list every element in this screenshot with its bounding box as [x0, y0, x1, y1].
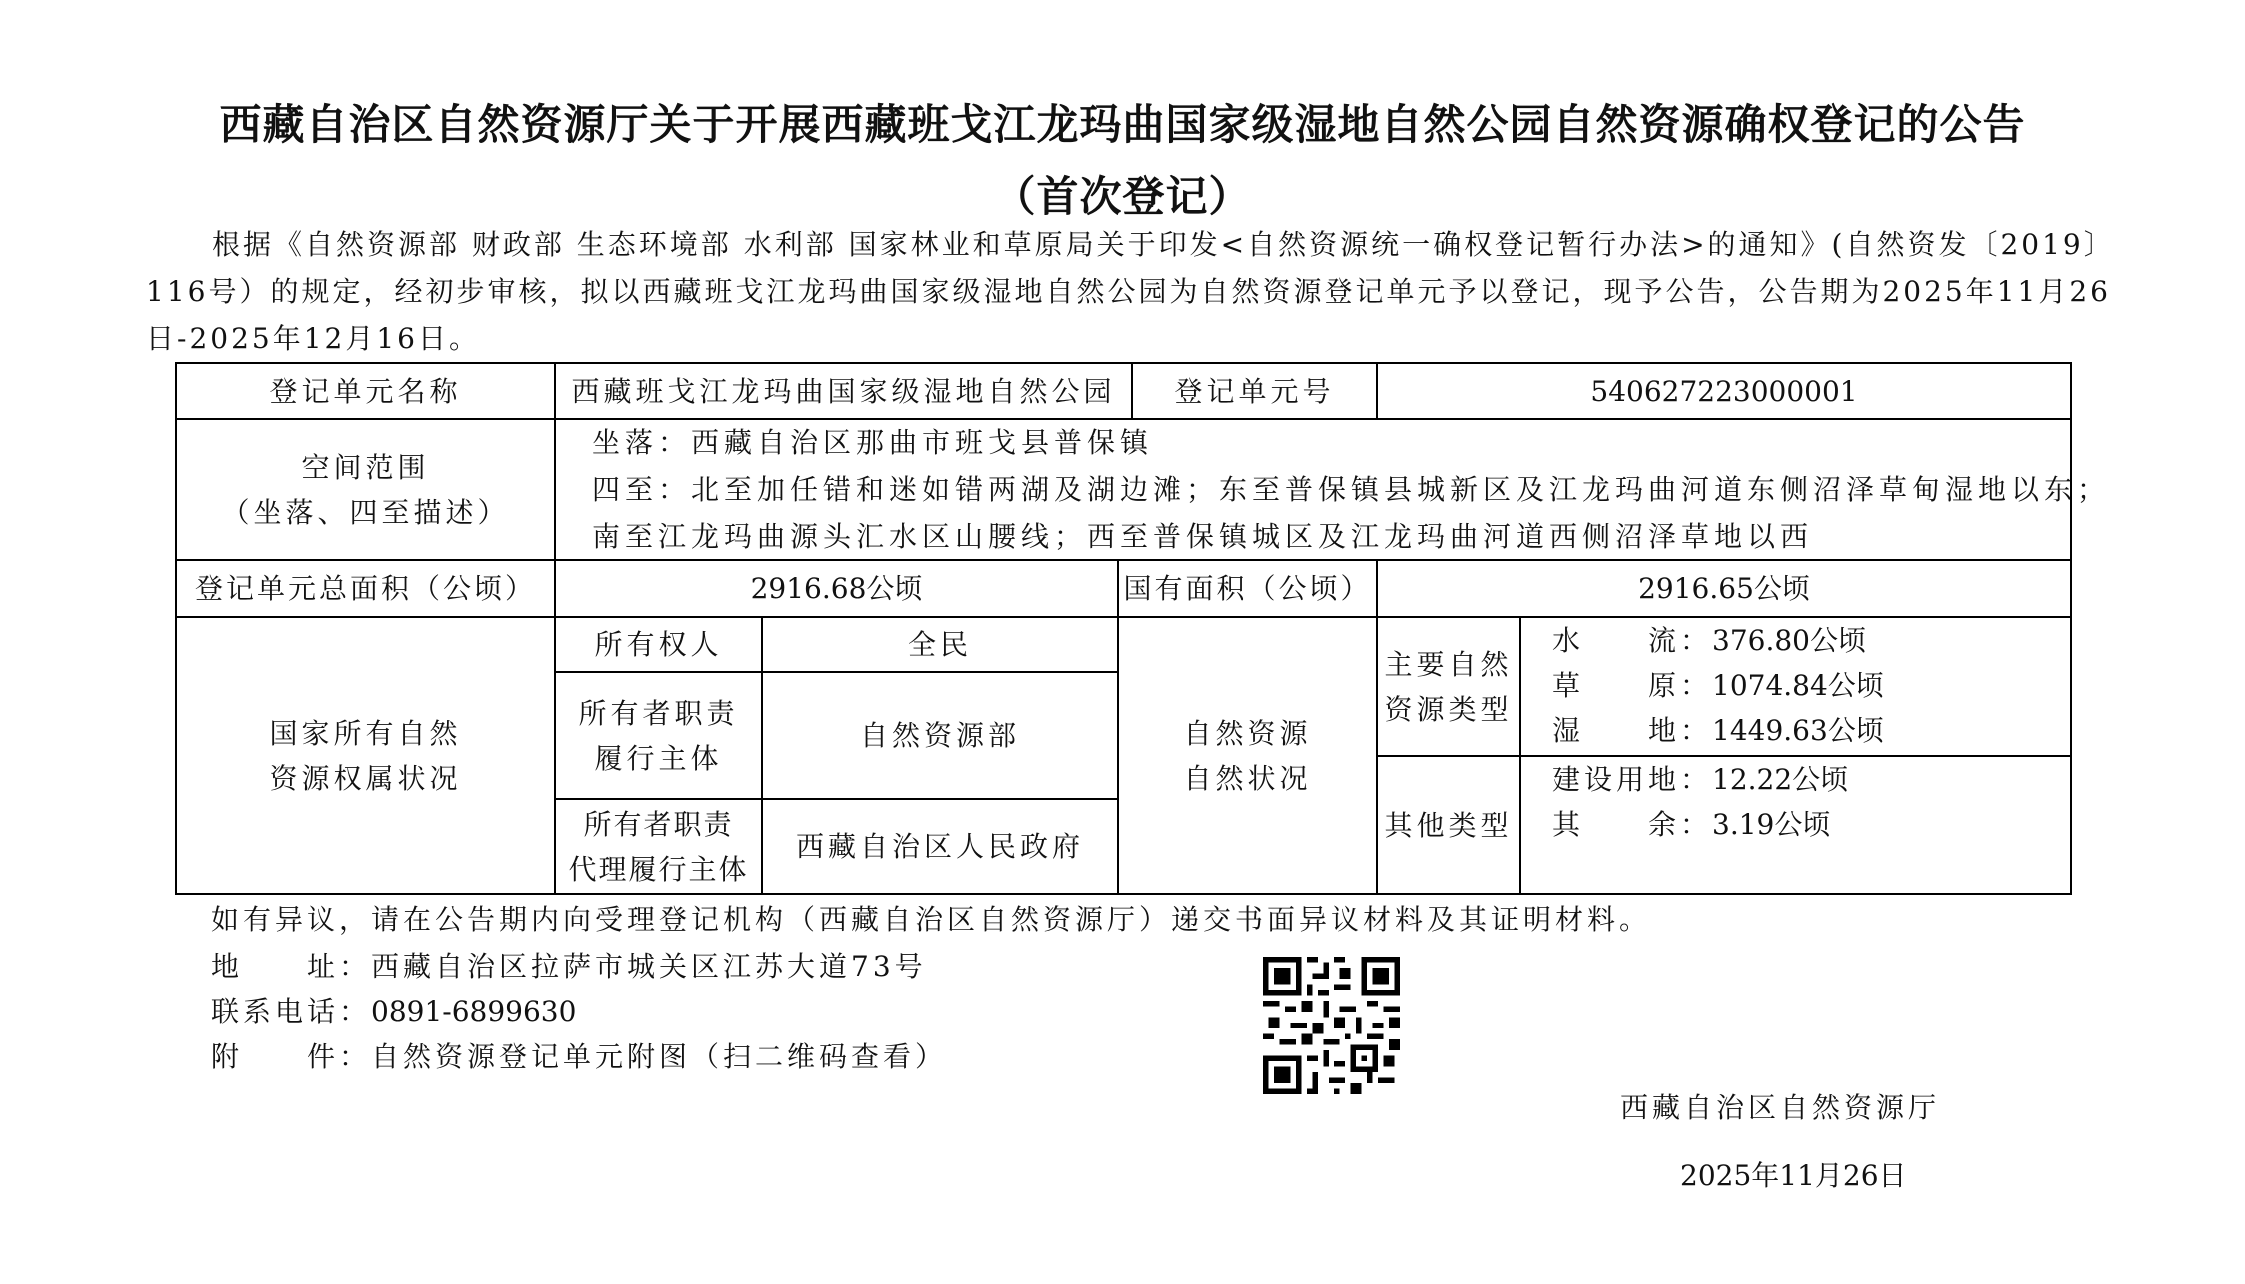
other-type-name: 其 余： [1552, 808, 1712, 841]
ownership-label-line-1: 国家所有自然 [269, 711, 461, 756]
other-type-value: 12.22公顷 [1712, 763, 1848, 796]
total-area-label: 登记单元总面积（公顷） [177, 561, 554, 616]
address-value: 西藏自治区拉萨市城关区江苏大道73号 [371, 950, 927, 983]
duty-value: 自然资源部 [763, 673, 1117, 798]
main-type-name: 湿 地： [1552, 714, 1712, 747]
scope-boundary-2: 南至江龙玛曲源头汇水区山腰线；西至普保镇城区及江龙玛曲河道西侧沼泽草地以西 [592, 513, 1813, 560]
main-type-value: 376.80公顷 [1712, 624, 1866, 657]
other-type-label: 其他类型 [1378, 757, 1519, 893]
main-type-name: 草 原： [1552, 669, 1712, 702]
attachment-label: 附 件： [211, 1040, 371, 1073]
qr-code-icon [1263, 957, 1400, 1094]
duty-label-line-2: 履行主体 [594, 736, 722, 781]
main-type-label-line-2: 资源类型 [1384, 687, 1512, 732]
other-type-name: 建设用地： [1552, 763, 1712, 796]
agent-label: 所有者职责 代理履行主体 [556, 800, 761, 893]
main-type-list: 水 流：376.80公顷 草 原：1074.84公顷 湿 地：1449.63公顷 [1552, 618, 2070, 755]
issue-date: 2025年11月26日 [1680, 1154, 1907, 1194]
table-col-divider [1519, 616, 1521, 895]
nature-label-line-2: 自然状况 [1183, 756, 1311, 801]
main-type-water: 水 流：376.80公顷 [1552, 618, 1866, 663]
table-border-bottom [175, 893, 2072, 895]
phone-line: 联系电话：0891-6899630 [211, 990, 576, 1030]
attachment-line: 附 件：自然资源登记单元附图（扫二维码查看） [211, 1035, 947, 1075]
qr-code-image[interactable] [1263, 957, 1400, 1094]
phone-value: 0891-6899630 [371, 995, 576, 1028]
intro-line-3: 日-2025年12月16日。 [146, 315, 2076, 362]
agent-label-line-1: 所有者职责 [583, 802, 733, 847]
scope-label-line-2: （坐落、四至描述） [221, 490, 509, 535]
total-area-value: 2916.68公顷 [556, 561, 1117, 616]
duty-label-line-1: 所有者职责 [578, 691, 738, 736]
other-type-value: 3.19公顷 [1712, 808, 1830, 841]
issuer-signature: 西藏自治区自然资源厅 [1620, 1086, 1940, 1126]
unit-no-value: 540627223000001 [1378, 364, 2070, 418]
address-label: 地 址： [211, 950, 371, 983]
scope-label: 空间范围 （坐落、四至描述） [177, 420, 554, 559]
main-type-name: 水 流： [1552, 624, 1712, 657]
objection-notice: 如有异议，请在公告期内向受理登记机构（西藏自治区自然资源厅）递交书面异议材料及其… [211, 898, 1651, 938]
unit-no-label: 登记单元号 [1133, 364, 1376, 418]
ownership-label-line-2: 资源权属状况 [269, 756, 461, 801]
phone-label: 联系电话： [211, 995, 371, 1028]
scope-boundary-1: 四至：北至加任错和迷如错两湖及湖边滩；东至普保镇县城新区及江龙玛曲河道东侧沼泽草… [592, 466, 2110, 513]
unit-name-label: 登记单元名称 [177, 364, 554, 418]
owner-value: 全民 [763, 618, 1117, 671]
main-type-label: 主要自然 资源类型 [1378, 618, 1519, 755]
other-type-list: 建设用地：12.22公顷 其 余：3.19公顷 [1552, 757, 2070, 893]
agent-value: 西藏自治区人民政府 [763, 800, 1117, 893]
agent-label-line-2: 代理履行主体 [568, 847, 748, 892]
table-border-right [2070, 362, 2072, 895]
state-area-label: 国有面积（公顷） [1119, 561, 1376, 616]
page-title: 西藏自治区自然资源厅关于开展西藏班戈江龙玛曲国家级湿地自然公园自然资源确权登记的… [0, 92, 2245, 152]
owner-label: 所有权人 [556, 618, 761, 671]
address-line: 地 址：西藏自治区拉萨市城关区江苏大道73号 [211, 945, 927, 985]
main-type-label-line-1: 主要自然 [1384, 642, 1512, 687]
other-type-remainder: 其 余：3.19公顷 [1552, 802, 1830, 847]
main-type-grassland: 草 原：1074.84公顷 [1552, 663, 1884, 708]
unit-name-value: 西藏班戈江龙玛曲国家级湿地自然公园 [556, 364, 1131, 418]
attachment-value: 自然资源登记单元附图（扫二维码查看） [371, 1040, 947, 1073]
scope-description: 坐落：西藏自治区那曲市班戈县普保镇 四至：北至加任错和迷如错两湖及湖边滩；东至普… [592, 420, 2070, 559]
nature-label-line-1: 自然资源 [1183, 711, 1311, 756]
main-type-value: 1449.63公顷 [1712, 714, 1884, 747]
intro-line-2: 116号）的规定，经初步审核，拟以西藏班戈江龙玛曲国家级湿地自然公园为自然资源登… [146, 268, 2076, 315]
page-subtitle: （首次登记） [0, 164, 2245, 224]
nature-label: 自然资源 自然状况 [1119, 618, 1376, 893]
other-type-construction: 建设用地：12.22公顷 [1552, 757, 1848, 802]
scope-location: 坐落：西藏自治区那曲市班戈县普保镇 [592, 419, 1153, 466]
main-type-value: 1074.84公顷 [1712, 669, 1884, 702]
scope-label-line-1: 空间范围 [301, 445, 429, 490]
state-area-value: 2916.65公顷 [1378, 561, 2070, 616]
ownership-label: 国家所有自然 资源权属状况 [177, 618, 554, 893]
duty-label: 所有者职责 履行主体 [556, 673, 761, 798]
intro-line-1: 根据《自然资源部 财政部 生态环境部 水利部 国家林业和草原局关于印发<自然资源… [212, 221, 2082, 268]
main-type-wetland: 湿 地：1449.63公顷 [1552, 708, 1884, 753]
